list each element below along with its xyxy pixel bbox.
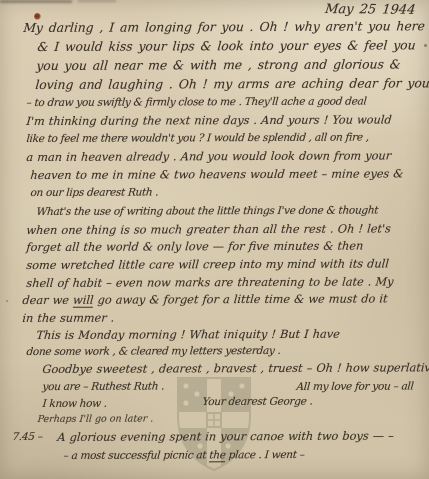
letter-line: Goodbye sweetest , dearest , bravest , t… xyxy=(42,361,429,376)
time-note: 7.45 – xyxy=(12,431,43,443)
letter-line-segment: dear we xyxy=(22,294,74,307)
letter-page: May 25 1944 My darling , I am longing fo… xyxy=(0,0,429,479)
letter-line: shell of habit – even now marks are thre… xyxy=(26,275,394,290)
letter-line: This is Monday morning ! What iniquity !… xyxy=(36,328,340,342)
postscript-note: Perhaps I'll go on later . xyxy=(37,413,154,425)
letter-line: when one thing is so much greater than a… xyxy=(26,222,391,237)
letter-line: on our lips dearest Ruth . xyxy=(30,186,159,199)
letter-line-segment: – a most successful picnic at xyxy=(63,449,210,462)
letter-line: What's the use of writing about the litt… xyxy=(36,205,379,218)
signature: Your dearest George . xyxy=(202,396,313,408)
letter-line: dear we will go away & forget for a litt… xyxy=(22,292,388,307)
letter-date: May 25 1944 xyxy=(324,2,416,18)
letter-line-segment: go away & forget for a little time & we … xyxy=(93,292,388,306)
letter-line: a man in heaven already . And you would … xyxy=(26,149,392,164)
letter-line: A glorious evening spent in your canoe w… xyxy=(57,430,394,444)
cut-off-top-text xyxy=(78,0,116,2)
underlined-word: the xyxy=(209,449,226,462)
letter-line: I'm thinking during the next nine days .… xyxy=(26,113,392,128)
letter-line: All my love for you – all xyxy=(296,380,414,393)
paper-speck xyxy=(424,44,427,47)
cut-off-top-text xyxy=(0,0,72,3)
letter-line: – to draw you swiftly & firmly close to … xyxy=(26,96,367,109)
letter-line: loving and laughing . Oh ! my arms are a… xyxy=(35,76,429,92)
letter-line: heaven to me in mine & two heavens would… xyxy=(30,167,404,182)
letter-line: like to feel me there wouldn't you ? I w… xyxy=(26,132,369,145)
letter-line: some wretched little care will creep int… xyxy=(26,257,390,272)
letter-line: you you all near me & with me , strong a… xyxy=(36,57,401,73)
letter-line: you are – Ruthest Ruth . xyxy=(42,380,165,393)
letter-line: & I would kiss your lips & look into you… xyxy=(37,38,416,54)
paper-speck xyxy=(6,300,8,302)
letter-line: My darling , I am longing for you . Oh !… xyxy=(23,19,426,35)
letter-line: I know how . xyxy=(42,398,107,410)
letter-line: – a most successful picnic at the place … xyxy=(63,449,305,462)
letter-line: done some work , & cleared my letters ye… xyxy=(26,345,281,358)
underlined-word: will xyxy=(72,294,94,308)
letter-line: forget all the world & only love — for f… xyxy=(26,240,364,254)
letter-line: in the summer . xyxy=(22,312,115,325)
letter-line-segment: place . I went – xyxy=(225,449,305,461)
ink-stain xyxy=(34,13,41,20)
